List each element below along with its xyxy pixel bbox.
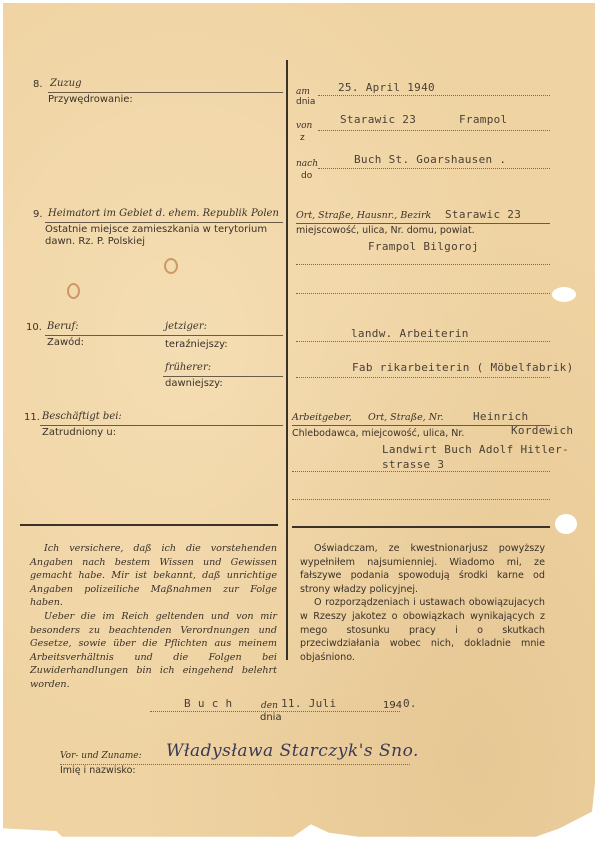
current-occupation: landw. Arbeiterin: [351, 327, 469, 340]
name-label-pl: Imię i nazwisko:: [60, 765, 136, 776]
section10-number: 10.: [26, 322, 42, 333]
declaration-pl-p2: O rozporządzeniach i ustawach obowiązuja…: [300, 596, 545, 664]
divider: [163, 376, 283, 377]
declaration-de-p1: Ich versichere, daß ich die vorstehenden…: [30, 542, 277, 610]
employer-label-pl: Chlebodawca, miejcowość, ulica, Nr.: [292, 428, 464, 439]
stain-mark: [164, 258, 178, 274]
dotted-line: [318, 130, 550, 131]
declaration-pl: Oświadczam, ze kwestnionarjusz powyższy …: [300, 542, 545, 664]
divider: [296, 223, 550, 224]
section11-number: 11.: [24, 412, 40, 423]
section-separator: [20, 524, 278, 526]
signature: Władysława Starczyk's Sno.: [166, 741, 419, 761]
section9-number: 9.: [33, 209, 43, 220]
section8-number: 8.: [33, 79, 43, 90]
signing-place: B u c h: [184, 697, 232, 710]
declaration-de-p2: Ueber die im Reich geltenden und von mir…: [30, 610, 277, 692]
employer-label-de-1: Arbeitgeber,: [292, 412, 352, 423]
former-label-pl: dawniejszy:: [165, 378, 223, 389]
home-address-line1: Starawic 23: [445, 208, 521, 221]
dotted-line: [296, 377, 550, 378]
year-prefix: 194: [383, 700, 402, 711]
punch-hole: [552, 287, 576, 302]
section9-label-de: Heimatort im Gebiet d. ehem. Republik Po…: [48, 208, 279, 219]
employer-line2: Kordewich: [511, 424, 573, 437]
column-divider: [286, 60, 288, 660]
employer-line3: Landwirt Buch Adolf Hitler-: [382, 443, 569, 456]
current-label-de: jetziger:: [165, 321, 207, 332]
dnia-label: dnia: [296, 97, 315, 107]
dotted-line: [318, 168, 550, 169]
declaration-de: Ich versichere, daß ich die vorstehenden…: [30, 542, 277, 692]
section11-label-de: Beschäftigt bei:: [42, 411, 122, 422]
section10-label-de: Beruf:: [47, 321, 79, 332]
punch-hole: [555, 514, 577, 534]
dotted-line: [296, 341, 550, 342]
dotted-line: [292, 471, 550, 472]
nach-label: nach: [296, 159, 318, 169]
dotted-line: [292, 499, 550, 500]
dnia-label: dnia: [260, 712, 282, 723]
den-label: den: [261, 701, 278, 711]
section9-label-pl-2: dawn. Rz. P. Polskiej: [45, 236, 145, 247]
section10-label-pl: Zawód:: [47, 337, 84, 348]
dotted-line: [296, 293, 550, 294]
section8-label-pl: Przywędrowanie:: [48, 94, 133, 105]
declaration-pl-p1: Oświadczam, ze kwestnionarjusz powyższy …: [300, 542, 545, 596]
dotted-line: [318, 95, 550, 96]
section-separator: [292, 526, 550, 528]
von-label: von: [296, 121, 312, 131]
signing-date: 11. Juli: [281, 697, 336, 710]
divider: [48, 92, 283, 93]
employer-label-de-2: Ort, Straße, Nr.: [368, 412, 444, 423]
former-label-de: früherer:: [165, 362, 211, 373]
z-label: z: [300, 133, 305, 143]
address-label-de: Ort, Straße, Hausnr., Bezirk: [296, 210, 431, 221]
dotted-line: [296, 264, 550, 265]
home-address-line2: Frampol Bilgoroj: [368, 240, 479, 253]
move-date: 25. April 1940: [338, 81, 435, 94]
current-label-pl: teraźniejszy:: [165, 339, 228, 350]
address-label-pl: miejscowość, ulica, Nr. domu, powiat.: [296, 225, 475, 236]
employer-line1: Heinrich: [473, 410, 528, 423]
from-town: Frampol: [459, 113, 507, 126]
do-label: do: [301, 171, 312, 181]
divider: [45, 335, 283, 336]
name-label-de: Vor- und Zuname:: [60, 751, 142, 761]
to-place: Buch St. Goarshausen .: [354, 153, 506, 166]
former-occupation: Fab rikarbeiterin ( Möbelfabrik): [352, 361, 574, 374]
from-street: Starawic 23: [340, 113, 416, 126]
employer-line4: strasse 3: [382, 458, 444, 471]
section9-label-pl-1: Ostatnie miejsce zamieszkania w terytori…: [45, 224, 267, 235]
divider: [45, 222, 283, 223]
divider: [40, 425, 283, 426]
section11-label-pl: Zatrudniony u:: [42, 427, 116, 438]
am-label: am: [296, 87, 310, 97]
stain-mark: [67, 283, 80, 299]
section8-label-de: Zuzug: [50, 78, 82, 89]
year-suffix: 0.: [403, 697, 417, 710]
